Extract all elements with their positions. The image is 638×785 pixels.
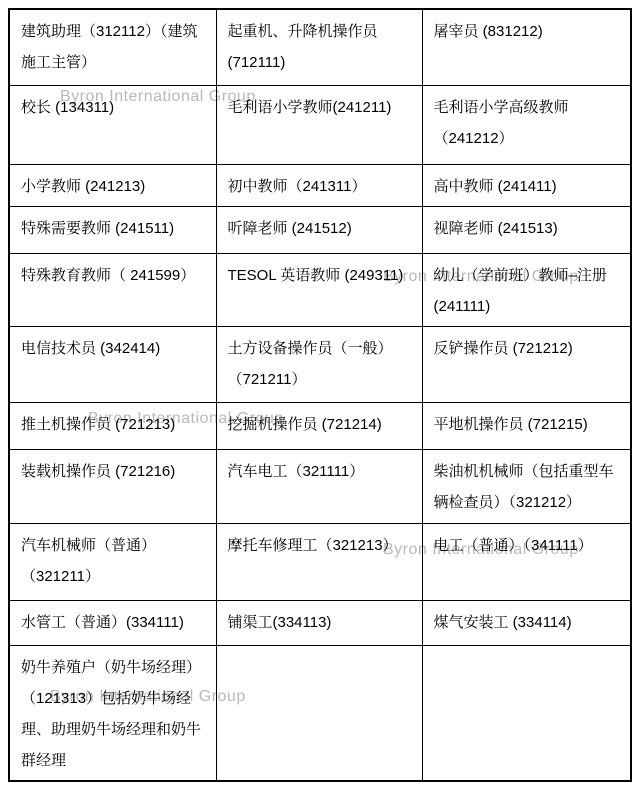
table-cell: 特殊需要教师 (241511) [9,206,216,253]
table-cell: 铺渠工(334113) [216,600,422,645]
table-cell: 毛利语小学高级教师（241212） [422,85,631,164]
table-cell: 初中教师（241311） [216,164,422,206]
table-cell: 挖掘机操作员 (721214) [216,402,422,449]
table-cell: TESOL 英语教师 (249311) [216,253,422,326]
table-cell: 水管工（普通）(334111) [9,600,216,645]
table-row: 汽车机械师（普通）（321211） 摩托车修理工（321213） 电工（普通）（… [9,523,631,600]
table-cell: 汽车电工（321111） [216,449,422,523]
table-cell: 起重机、升降机操作员 (712111) [216,9,422,85]
table-row: 特殊教育教师（ 241599） TESOL 英语教师 (249311) 幼儿（学… [9,253,631,326]
occupation-table: 建筑助理（312112）（建筑施工主管） 起重机、升降机操作员 (712111)… [8,8,632,782]
table-cell: 平地机操作员 (721215) [422,402,631,449]
table-row: 电信技术员 (342414) 土方设备操作员（一般）（721211） 反铲操作员… [9,326,631,402]
table-cell [216,645,422,781]
table-cell: 反铲操作员 (721212) [422,326,631,402]
table-cell: 土方设备操作员（一般）（721211） [216,326,422,402]
table-cell: 校长 (134311) [9,85,216,164]
table-cell: 汽车机械师（普通）（321211） [9,523,216,600]
table-cell: 电工（普通）（341111） [422,523,631,600]
table-cell: 视障老师 (241513) [422,206,631,253]
table-cell: 毛利语小学教师(241211) [216,85,422,164]
table-row: 特殊需要教师 (241511) 听障老师 (241512) 视障老师 (2415… [9,206,631,253]
table-row: 小学教师 (241213) 初中教师（241311） 高中教师 (241411) [9,164,631,206]
table-row: 校长 (134311) 毛利语小学教师(241211) 毛利语小学高级教师（24… [9,85,631,164]
table-cell: 电信技术员 (342414) [9,326,216,402]
table-cell: 煤气安装工 (334114) [422,600,631,645]
table-cell: 摩托车修理工（321213） [216,523,422,600]
table-cell: 幼儿（学前班）教师–注册 (241111) [422,253,631,326]
table-cell: 推土机操作员 (721213) [9,402,216,449]
table-cell: 柴油机机械师（包括重型车辆检查员）（321212） [422,449,631,523]
table-cell: 高中教师 (241411) [422,164,631,206]
table-cell [422,645,631,781]
table-cell: 屠宰员 (831212) [422,9,631,85]
table-row: 奶牛养殖户（奶牛场经理）（121313）包括奶牛场经理、助理奶牛场经理和奶牛群经… [9,645,631,781]
table-cell: 装载机操作员 (721216) [9,449,216,523]
table-row: 建筑助理（312112）（建筑施工主管） 起重机、升降机操作员 (712111)… [9,9,631,85]
table-cell: 建筑助理（312112）（建筑施工主管） [9,9,216,85]
table-row: 水管工（普通）(334111) 铺渠工(334113) 煤气安装工 (33411… [9,600,631,645]
table-row: 推土机操作员 (721213) 挖掘机操作员 (721214) 平地机操作员 (… [9,402,631,449]
table-cell: 听障老师 (241512) [216,206,422,253]
table-cell: 特殊教育教师（ 241599） [9,253,216,326]
table-row: 装载机操作员 (721216) 汽车电工（321111） 柴油机机械师（包括重型… [9,449,631,523]
table-cell: 小学教师 (241213) [9,164,216,206]
table-cell: 奶牛养殖户（奶牛场经理）（121313）包括奶牛场经理、助理奶牛场经理和奶牛群经… [9,645,216,781]
